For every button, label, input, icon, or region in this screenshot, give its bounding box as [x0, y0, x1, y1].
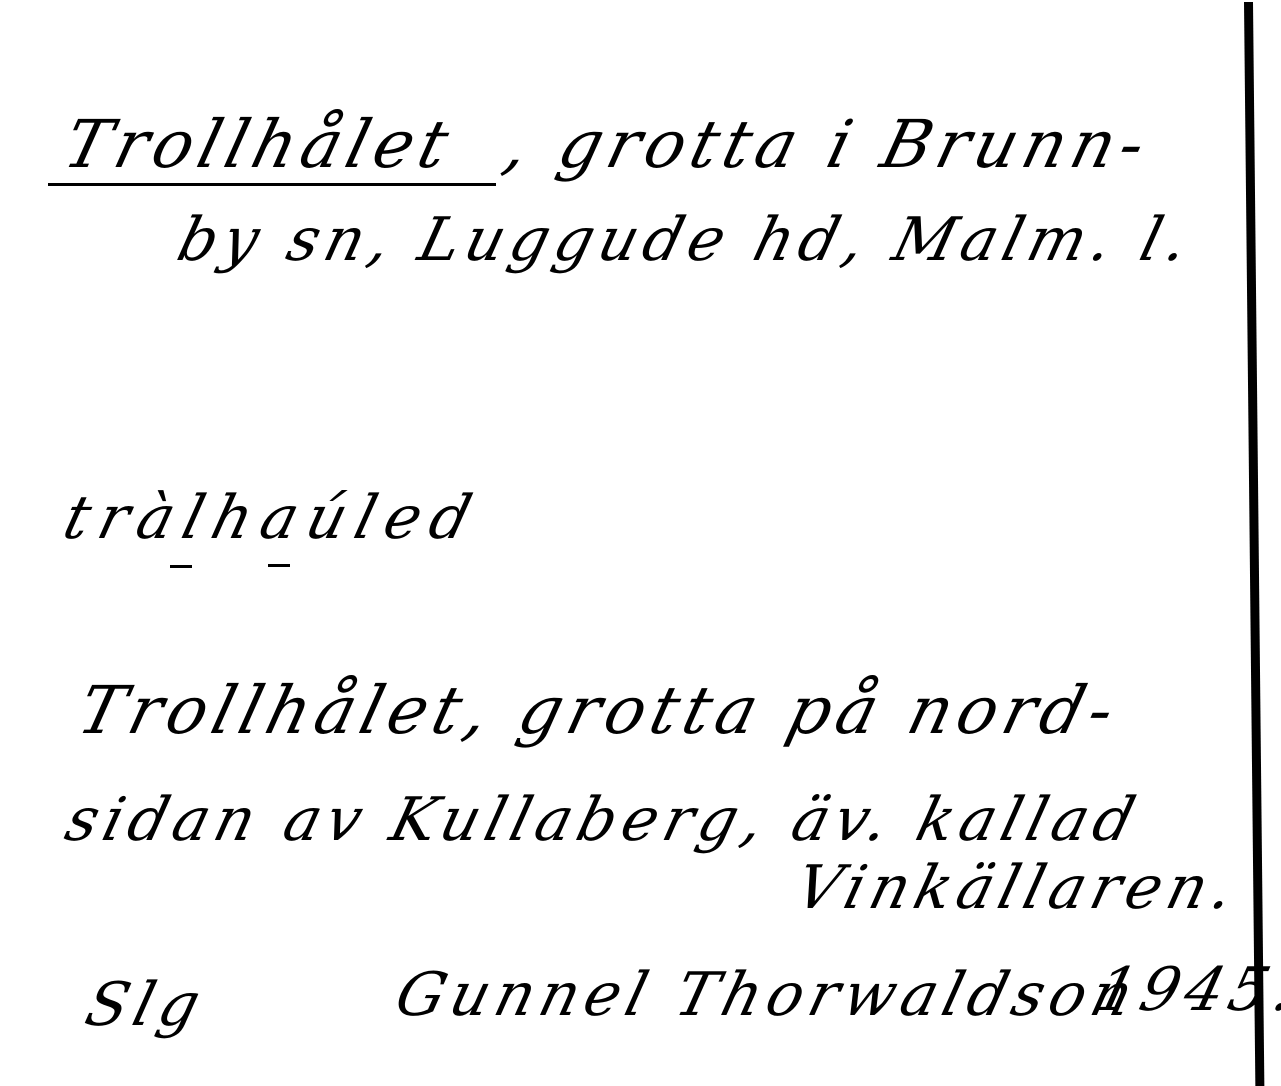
headword-underline	[48, 183, 496, 186]
entry-2-line-1: Trollhålet, grotta på nord-	[72, 678, 1126, 744]
macron-mark	[170, 565, 192, 568]
card-edge-border	[1244, 2, 1264, 1086]
collection-year: 1945.	[1090, 960, 1281, 1020]
entry-1-line-2: by sn, Luggude hd, Malm. l.	[172, 210, 1200, 270]
entry-1-headword: Trollhålet	[58, 112, 461, 178]
entry-2-line-2: sidan av Kullaberg, äv. kallad	[60, 790, 1146, 850]
collector-name: Gunnel Thorwaldson	[390, 965, 1144, 1025]
collection-mark: Slg	[80, 975, 212, 1035]
archive-card: Trollhålet , grotta i Brunn- by sn, Lugg…	[0, 0, 1281, 1086]
entry-1-line-1-rest: , grotta i Brunn-	[498, 112, 1157, 178]
entry-2-line-3: Vinkällaren.	[790, 858, 1245, 918]
pronunciation-phonetic: tràlhaúled	[58, 488, 487, 548]
macron-mark	[268, 564, 290, 567]
